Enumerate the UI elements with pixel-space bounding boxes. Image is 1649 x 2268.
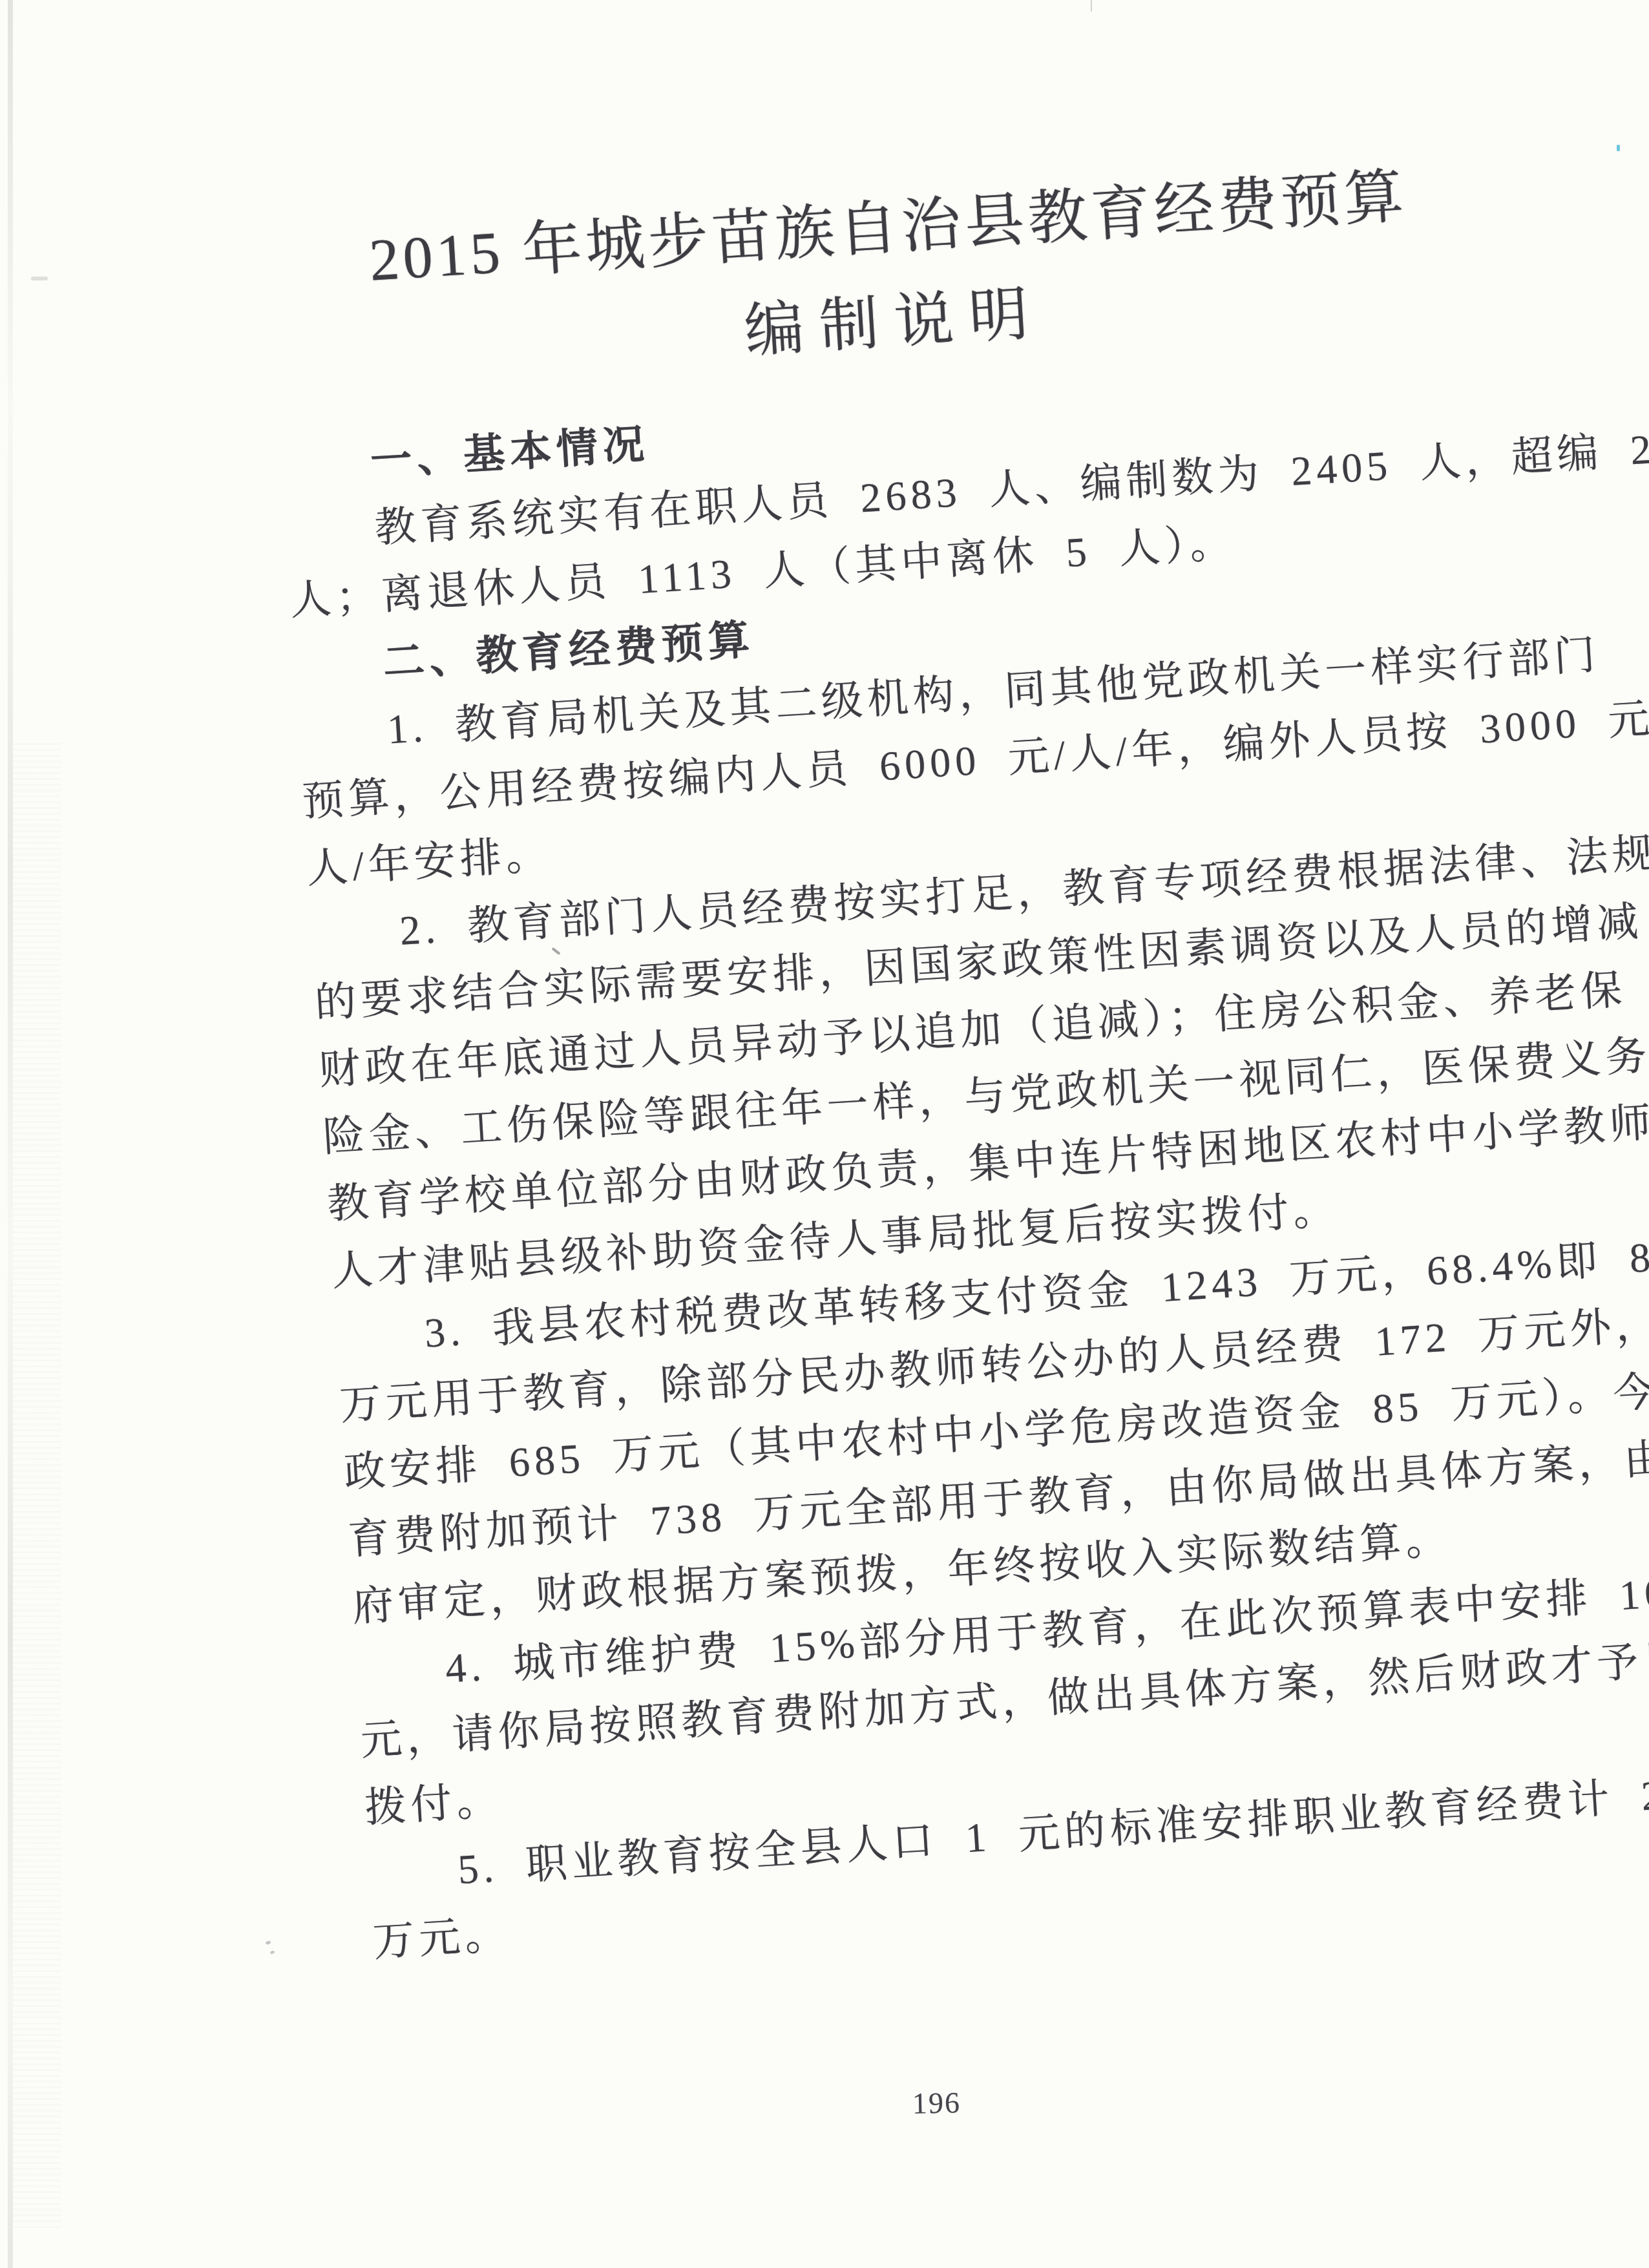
- scanner-edge-shadow: [8, 0, 13, 2268]
- scan-speck: [269, 1950, 275, 1955]
- page-number: 196: [912, 2085, 961, 2121]
- document-body: 一、基本情况 教育系统实有在职人员 2683 人、编制数为 2405 人，超编 …: [280, 352, 1649, 1977]
- document-sheet: 2015 年城步苗族自治县教育经费预算 编制说明 一、基本情况 教育系统实有在职…: [229, 0, 1649, 1978]
- scanner-edge-texture: [13, 743, 61, 2229]
- scan-speck: [31, 277, 48, 280]
- scan-speck: [265, 1940, 271, 1945]
- scan-page: 2015 年城步苗族自治县教育经费预算 编制说明 一、基本情况 教育系统实有在职…: [0, 0, 1649, 2268]
- scan-speck: [1617, 145, 1620, 151]
